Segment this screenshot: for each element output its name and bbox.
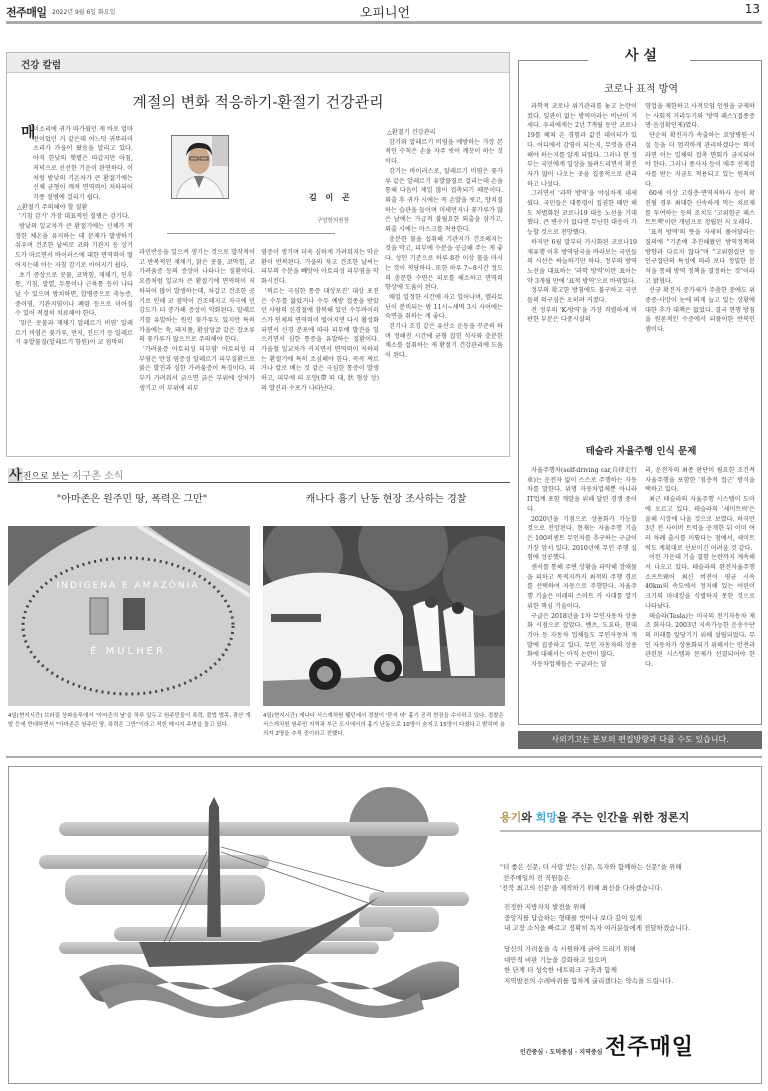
ad-slogan-divider bbox=[500, 830, 762, 832]
ad-line: 대안적 비판 기능을 강화하고 있으며 bbox=[504, 955, 673, 966]
ad-line: 지역발전의 수레바퀴를 힘차게 굴리겠다는 약속을 드립니다. bbox=[504, 976, 673, 987]
paragraph: 신규 확진자 증가세가 주춤한 중에도 위중증·사망이 눈에 띄게 늘고 있는 … bbox=[645, 286, 755, 335]
paragraph: 테슬라(Tesla)는 미국의 전기자동차 제조 회사다. 2003년 지속가능… bbox=[645, 612, 755, 670]
author-portrait-icon bbox=[172, 136, 229, 199]
paragraph: 과학적 코로나 위기관리를 놓고 논란이 컸다. 일관이 없는 방역이라는 비난… bbox=[527, 102, 637, 189]
photo-2-title: 캐나다 흉기 난동 현장 조사하는 경찰 bbox=[264, 490, 508, 505]
editorial-2-column-1: 자율주행차(self-driving car,自律走行車)는 운전자 없이 스스… bbox=[527, 466, 637, 718]
paragraph: '가려움증 아토피성 피부염' 아토피성 피부염은 만성 염증성 알레르기 피부… bbox=[139, 345, 255, 394]
paragraph: 60세 이상 고령층·면역저하자 등이 확진될 경우 최대한 신속하게 먹는 치… bbox=[645, 189, 755, 228]
paragraph: 미소리에 귀가 따가웠던 게 바로 얼마 전이었던 거 같은데 어느덧 귀뚜라미… bbox=[15, 125, 133, 203]
svg-text:É MULHER: É MULHER bbox=[90, 644, 166, 657]
author-divider bbox=[167, 233, 335, 234]
slogan-hope: 희망 bbox=[536, 811, 557, 824]
ad-brand-logo: 전주매일 bbox=[605, 1030, 694, 1061]
editorial-1-column-1: 과학적 코로나 위기관리를 놓고 논란이 컸다. 일관이 없는 방역이라는 비난… bbox=[527, 102, 637, 428]
ad-line: "더 좋은 신문, 더 사랑 받는 신문, 독자와 함께하는 신문"을 위해 bbox=[500, 862, 681, 873]
paragraph: 영업을 제한하고 사적모임 인원을 규제하는 사회적 거리두기와 '방역 패스'… bbox=[645, 102, 755, 131]
article-column-2: 과민반응을 일으켜 생기는 것으로 발작적이고 반복적인 재채기, 맑은 콧물,… bbox=[139, 248, 255, 451]
column-label-band: 건강 칼럼 bbox=[7, 53, 509, 73]
header-gray: 지구촌 소식 bbox=[72, 471, 123, 482]
ad-line: 당신의 가려움을 속 시원하게 긁어 드리기 위해 bbox=[504, 944, 673, 955]
paragraph: 감기와 알레르기 비염을 예방하는 가장 본적인 수칙은 손을 자주 씻어 깨끗… bbox=[385, 138, 503, 167]
section-divider bbox=[6, 756, 762, 758]
paragraph: 자동차업체들은 구글과는 달 bbox=[527, 660, 637, 670]
ad-line: 내 고장 소식을 빠르고 정확히 독자 여러분들에게 전달하겠습니다. bbox=[504, 923, 690, 934]
slogan-connector: 와 bbox=[521, 811, 535, 824]
paragraph: 밤낮의 일교차가 큰 환절기에는 신체가 적정한 체온을 유지하는 데 문제가 … bbox=[15, 222, 133, 271]
masthead-divider bbox=[6, 21, 762, 24]
paragraph: '맑은 콧물과 재채기 알레르기 비염' 알레르기 비염은 꽃가루, 먼지, 진… bbox=[15, 319, 133, 348]
paragraph: '기침 감기' 가장 대표적인 질병은 감기다. bbox=[15, 212, 133, 222]
editorial-2-headline: 테슬라 자율주행 인식 문제 bbox=[519, 443, 763, 457]
paragraph: 정부의 확고한 방침에도 불구하고 국민들의 의구심은 오히려 커졌다. bbox=[527, 286, 637, 305]
ad-line: 중앙지를 답습하는 형태를 벗어나 보다 깊이 있게 bbox=[504, 913, 690, 924]
police-car-image-icon bbox=[263, 526, 505, 706]
article-column-3: 염증이 생기며 더욱 심하게 가려워지는 악순환이 반복된다. 가을의 차고 건… bbox=[261, 248, 379, 451]
paragraph: 감기는 바이러스로, 알레르기 비염은 꽃가루 같은 알레르기 유발물질로 걸리… bbox=[385, 167, 503, 235]
photo-section-divider bbox=[8, 482, 510, 483]
editorial-2-column-2: 리, 운전자의 최종 판단이 필요한 조건적 자율주행을 포함한 '점층적 접근… bbox=[645, 466, 755, 718]
paper-name: 전주매일 bbox=[6, 4, 47, 20]
article-headline: 계절의 변화 적응하기-환절기 건강관리 bbox=[7, 91, 509, 112]
paragraph: 단순히 확진자가 속출하는 요양병원·시설 등을 더 엄격하게 관리하겠다는 의… bbox=[645, 131, 755, 189]
health-column-article: 건강 칼럼 계절의 변화 적응하기-환절기 건강관리 매 미소리에 귀가 따가웠… bbox=[6, 52, 510, 457]
paragraph: 초기 증상으로 콧물, 코막힘, 재채기, 인후통, 기침, 발열, 두통이나 … bbox=[15, 271, 133, 320]
ad-line: 한 단계 더 성숙한 네트워크 구축과 함께 bbox=[504, 965, 673, 976]
ad-line: 진정한 지방자치 발전을 위해 bbox=[504, 902, 690, 913]
author-photo bbox=[171, 135, 229, 199]
ad-paragraph-1: "더 좋은 신문, 더 사랑 받는 신문, 독자와 함께하는 신문"을 위해 전… bbox=[500, 862, 681, 894]
paragraph: 자율주행차(self-driving car,自律走行車)는 운전자 없이 스스… bbox=[527, 466, 637, 515]
editorial-1-headline: 코로나 표적 방역 bbox=[519, 80, 763, 95]
section-title: 오피니언 bbox=[340, 2, 430, 21]
subheading: △환절기 건강관리 bbox=[385, 128, 503, 138]
paragraph: '찌르는 극심한 통증 대상포진' 대상 포진은 수두를 앓았거나 수두 예방 … bbox=[261, 287, 379, 394]
subheading: △환절기 주의해야 할 질환 bbox=[15, 203, 133, 213]
column-label: 건강 칼럼 bbox=[21, 57, 61, 71]
paragraph: 매일 일정한 시간에 자고 일어나며, 멜라토닌이 분비되는 밤 11시~새벽 … bbox=[385, 293, 503, 322]
disclaimer-banner: 사외기고는 본보의 편집방향과 다를 수도 있습니다. bbox=[518, 731, 762, 749]
ad-slogan: 용기와 희망을 주는 인간을 위한 정론지 bbox=[500, 809, 689, 825]
paragraph: 센서를 통해 주변 상황을 파악해 장애물을 피하고 목적지까지 최적의 주행 … bbox=[527, 563, 637, 612]
paragraph: 리, 운전자의 최종 판단이 필요한 조건적 자율주행을 포함한 '점층적 접근… bbox=[645, 466, 755, 495]
ad-line: '전북 최고의 신문'을 제작하기 위해 최선을 다하겠습니다. bbox=[500, 883, 681, 894]
article-column-4: △환절기 건강관리 감기와 알레르기 비염을 예방하는 가장 본적인 수칙은 손… bbox=[385, 128, 503, 451]
article-column-1: 미소리에 귀가 따가웠던 게 바로 얼마 전이었던 거 같은데 어느덧 귀뚜라미… bbox=[15, 125, 133, 451]
paragraph: 충분한 물을 섭취해 기관지가 건조해지는 것을 막고, 피부에 수분을 공급해… bbox=[385, 235, 503, 293]
paragraph: 전 정부의 'K-방역'을 가장 격렬하게 비판한 부분은 다중시설의 bbox=[527, 306, 637, 325]
author-name: 김 이 곤 bbox=[309, 192, 353, 203]
paragraph: 걷기나 조깅 같은 유산소 운동을 꾸준히 하며 정해진 시간에 균형 잡힌 식… bbox=[385, 322, 503, 361]
svg-text:INDIGENA E AMAZÔNIA: INDIGENA E AMAZÔNIA bbox=[57, 579, 200, 591]
author-role: 구암한의원장 bbox=[317, 216, 349, 224]
paragraph: 하지만 6월 말부터 가시화된 코로나19 재유행 이후 방역당국을 바라보는 … bbox=[527, 238, 637, 287]
paragraph: 최근 테슬라의 자율주행 시스템이 도마에 오르고 있다. 테슬라의 '세미트럭… bbox=[645, 495, 755, 553]
page-number: 13 bbox=[745, 2, 760, 16]
photo-amazon-protest: INDIGENA E AMAZÔNIA É MULHER bbox=[8, 526, 250, 706]
paragraph: 이런 가운데 기술 결함 논란까지 계속해서 나오고 있다. 테슬라의 완전자율… bbox=[645, 553, 755, 611]
photo-1-caption: 4일(현지시간) 브라질 상파울루에서 '아마존의 날'을 하루 앞두고 원주민… bbox=[8, 712, 252, 730]
header-initial: 사 bbox=[8, 468, 23, 483]
issue-date: 2022년 9월 6일 화요일 bbox=[52, 7, 115, 16]
paragraph: 그러면서 '과학 방역'을 야심차게 내세웠다. 국민들은 대통령이 집권한 때… bbox=[527, 189, 637, 238]
ad-paragraph-3: 당신의 가려움을 속 시원하게 긁어 드리기 위해 대안적 비판 기능을 강화하… bbox=[500, 944, 673, 986]
photo-canada-police bbox=[263, 526, 505, 706]
photo-1-title: "아마존은 원주민 땅, 폭력은 그만" bbox=[10, 490, 254, 505]
ship-illustration-icon bbox=[29, 787, 479, 1027]
ad-line: 전주매일의 전 직원들은 bbox=[500, 873, 681, 884]
header-small: 진으로 보는 bbox=[23, 472, 69, 482]
paragraph: 염증이 생기며 더욱 심하게 가려워지는 악순환이 반복된다. 가을의 차고 건… bbox=[261, 248, 379, 287]
editorial-1-column-2: 영업을 제한하고 사적모임 인원을 규제하는 사회적 거리두기와 '방역 패스'… bbox=[645, 102, 755, 428]
protest-aerial-image-icon: INDIGENA E AMAZÔNIA É MULHER bbox=[8, 526, 250, 706]
slogan-rest: 을 주는 인간을 위한 정론지 bbox=[557, 811, 689, 824]
ad-tagline: 인간중심 · 도덕중심 · 지역중심 bbox=[520, 1047, 602, 1056]
slogan-courage: 용기 bbox=[500, 811, 521, 824]
paragraph: 구글은 2018년을 1차 무인자동차 상용화 시점으로 잡았다. 벤츠, 도요… bbox=[527, 612, 637, 661]
editorial-box: 코로나 표적 방역 과학적 코로나 위기관리를 놓고 논란이 컸다. 일관이 없… bbox=[518, 60, 762, 725]
paragraph: 과민반응을 일으켜 생기는 것으로 발작적이고 반복적인 재채기, 맑은 콧물,… bbox=[139, 248, 255, 345]
paragraph: 2020년을 기점으로 상용화가 가능할 것으로 전망된다. 현재는 자율주행 … bbox=[527, 515, 637, 564]
photo-section-header: 사진으로 보는 지구촌 소식 bbox=[8, 464, 123, 483]
paragraph: '표적 방역'의 뜻을 자세히 풀어달라는 질의에 "기존에 추진해왔던 방역정… bbox=[645, 228, 755, 286]
ad-paragraph-2: 진정한 지방자치 발전을 위해 중앙지를 답습하는 형태를 벗어나 보다 깊이 … bbox=[500, 902, 690, 934]
photo-2-caption: 4일(현지시간) 캐나다 서스캐처원 웰던에서 경찰이 '묻지 마' 흉기 공격… bbox=[263, 712, 507, 739]
